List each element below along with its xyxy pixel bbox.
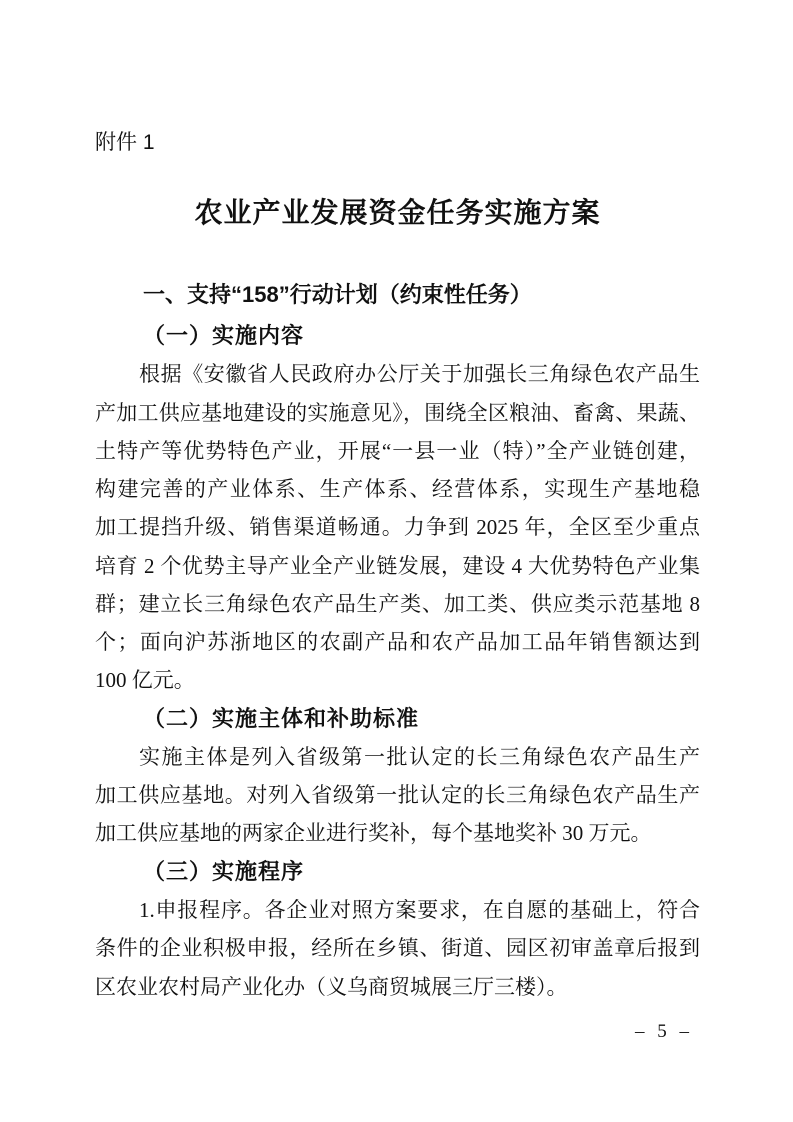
page-number: – 5 –: [635, 1020, 693, 1044]
body-line: 100 亿元。: [95, 661, 700, 699]
body-line: 土特产等优势特色产业，开展“一县一业（特）”全产业链创建，: [95, 432, 700, 470]
subsection-heading-1: （一）实施内容: [95, 317, 700, 355]
document-title: 农业产业发展资金任务实施方案: [95, 194, 700, 232]
body-line: 产加工供应基地建设的实施意见》，围绕全区粮油、畜禽、果蔬、: [95, 394, 700, 432]
attachment-label: 附件 1: [95, 129, 155, 157]
body-line: 构建完善的产业体系、生产体系、经营体系，实现生产基地稳固、: [95, 470, 700, 508]
body-line: 个；面向沪苏浙地区的农副产品和农产品加工品年销售额达到: [95, 623, 700, 661]
body-line: 加工提挡升级、销售渠道畅通。力争到 2025 年，全区至少重点: [95, 508, 700, 546]
document-body: （一）实施内容 根据《安徽省人民政府办公厅关于加强长三角绿色农产品生 产加工供应…: [95, 317, 700, 1006]
body-line: 实施主体是列入省级第一批认定的长三角绿色农产品生产: [95, 738, 700, 776]
document-page: 附件 1 农业产业发展资金任务实施方案 一、支持“158”行动计划（约束性任务）…: [0, 0, 793, 1122]
body-line: 条件的企业积极申报，经所在乡镇、街道、园区初审盖章后报到: [95, 929, 700, 967]
subsection-heading-2: （二）实施主体和补助标准: [95, 700, 700, 738]
section-heading-1: 一、支持“158”行动计划（约束性任务）: [95, 278, 700, 312]
body-line: 群；建立长三角绿色农产品生产类、加工类、供应类示范基地 8: [95, 585, 700, 623]
body-line: 培育 2 个优势主导产业全产业链发展，建设 4 大优势特色产业集: [95, 547, 700, 585]
body-line: 1.申报程序。各企业对照方案要求，在自愿的基础上，符合: [95, 891, 700, 929]
subsection-heading-3: （三）实施程序: [95, 853, 700, 891]
body-line: 加工供应基地的两家企业进行奖补，每个基地奖补 30 万元。: [95, 814, 700, 852]
body-line: 根据《安徽省人民政府办公厅关于加强长三角绿色农产品生: [95, 355, 700, 393]
body-line: 区农业农村局产业化办（义乌商贸城展三厅三楼）。: [95, 968, 700, 1006]
body-line: 加工供应基地。对列入省级第一批认定的长三角绿色农产品生产: [95, 776, 700, 814]
